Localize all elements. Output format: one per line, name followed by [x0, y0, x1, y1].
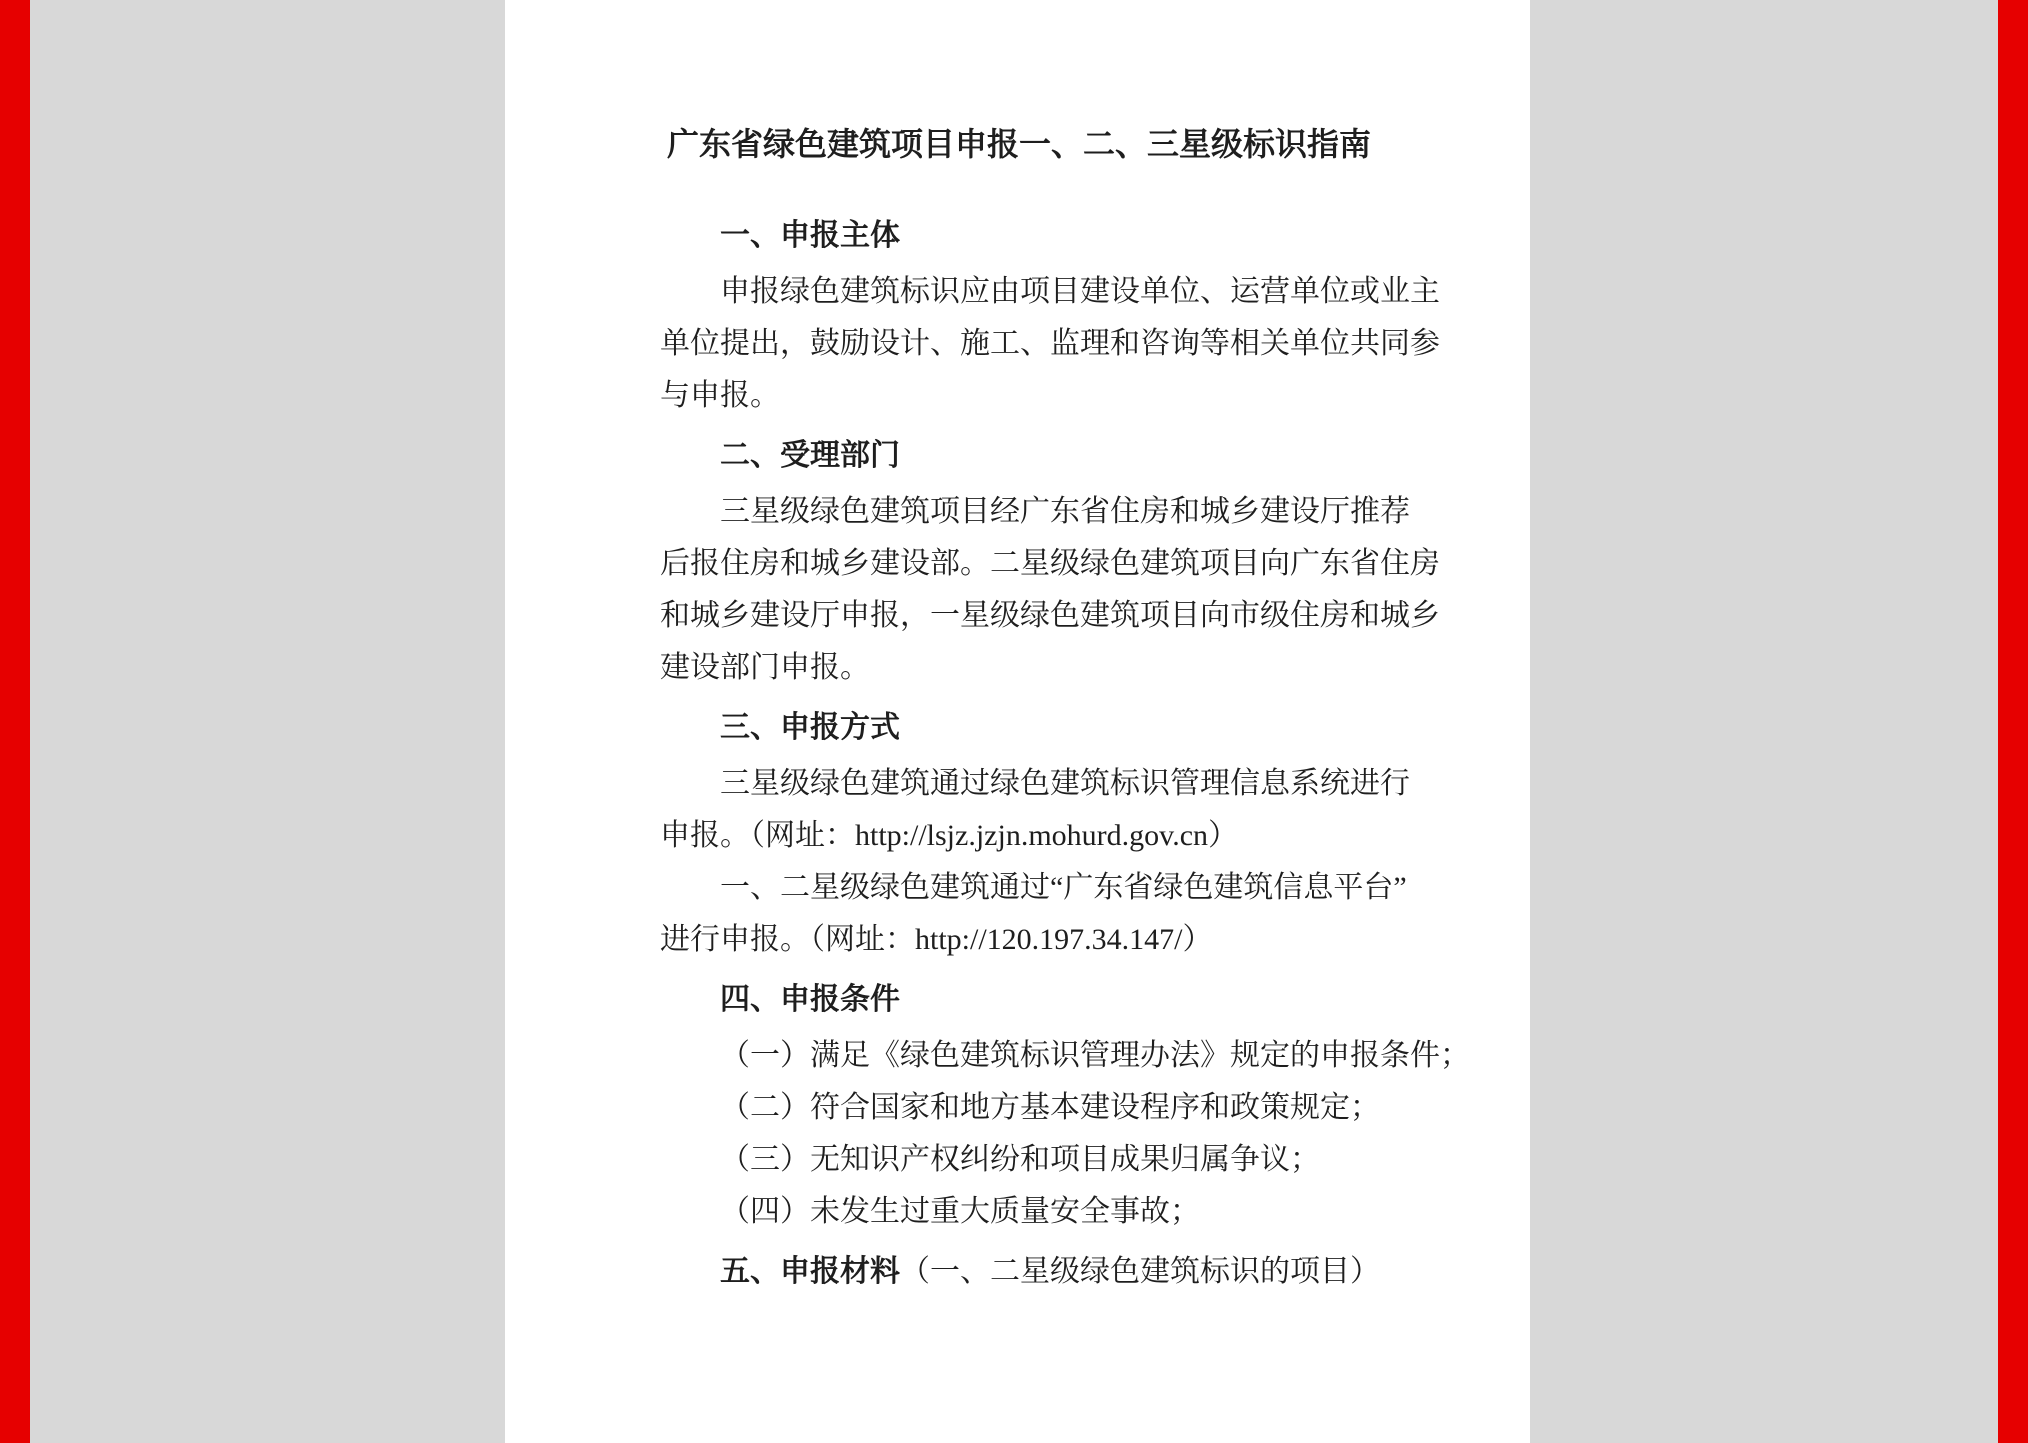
text-line: （四）未发生过重大质量安全事故；: [660, 1186, 1378, 1238]
right-edge-bar: [1998, 0, 2028, 1443]
section-heading-line: 五、申报材料（一、二星级绿色建筑标识的项目）: [660, 1246, 1378, 1298]
text-line: （二）符合国家和地方基本建设程序和政策规定；: [660, 1082, 1378, 1134]
text-line: 申报绿色建筑标识应由项目建设单位、运营单位或业主: [660, 266, 1378, 318]
section-heading-line: 四、申报条件: [660, 974, 1378, 1026]
text-line: （三）无知识产权纠纷和项目成果归属争议；: [660, 1134, 1378, 1186]
section-heading-line: 三、申报方式: [660, 702, 1378, 754]
section-heading-line: 一、申报主体: [660, 210, 1378, 262]
text-line: 建设部门申报。: [660, 642, 1378, 694]
text-line: 三星级绿色建筑项目经广东省住房和城乡建设厅推荐: [660, 486, 1378, 538]
text-line: 申报。（网址：http://lsjz.jzjn.mohurd.gov.cn）: [660, 810, 1378, 862]
text-line: 后报住房和城乡建设部。二星级绿色建筑项目向广东省住房: [660, 538, 1378, 590]
text-line: 与申报。: [660, 370, 1378, 422]
text-line: 一、二星级绿色建筑通过“广东省绿色建筑信息平台”: [660, 862, 1378, 914]
text-line: 三星级绿色建筑通过绿色建筑标识管理信息系统进行: [660, 758, 1378, 810]
section-heading-bold: 五、申报材料: [720, 1255, 900, 1288]
scanned-document-page: { "page": { "colors": { "background": "#…: [0, 0, 2028, 1443]
text-line: 单位提出，鼓励设计、施工、监理和咨询等相关单位共同参: [660, 318, 1378, 370]
document-paper: 广东省绿色建筑项目申报一、二、三星级标识指南 一、申报主体申报绿色建筑标识应由项…: [505, 0, 1530, 1443]
document-title: 广东省绿色建筑项目申报一、二、三星级标识指南: [660, 118, 1378, 170]
text-line: 进行申报。（网址：http://120.197.34.147/）: [660, 914, 1378, 966]
left-edge-bar: [0, 0, 30, 1443]
document-body: 一、申报主体申报绿色建筑标识应由项目建设单位、运营单位或业主单位提出，鼓励设计、…: [660, 210, 1378, 1298]
text-line: 和城乡建设厅申报，一星级绿色建筑项目向市级住房和城乡: [660, 590, 1378, 642]
text-line: （一）满足《绿色建筑标识管理办法》规定的申报条件；: [660, 1030, 1378, 1082]
section-heading-line: 二、受理部门: [660, 430, 1378, 482]
section-heading-note: （一、二星级绿色建筑标识的项目）: [900, 1255, 1380, 1288]
